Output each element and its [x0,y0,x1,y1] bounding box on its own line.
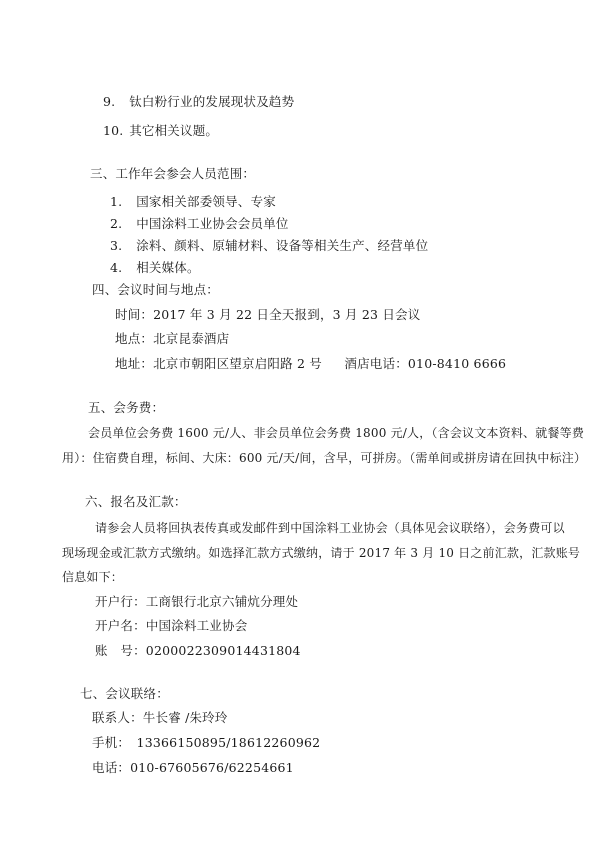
section3-heading: 三、工作年会参会人员范围： [90,166,255,182]
section7-heading: 七、会议联络： [80,686,169,702]
list-item-10: 10. 其它相关议题。 [103,123,218,139]
account-number: 账 号：0200022309014431804 [95,643,301,659]
meeting-address-row: 地址：北京市朝阳区望京启阳路 2 号 酒店电话：010-8410 6666 [115,356,506,372]
list-text: 国家相关部委领导、专家 [136,194,276,209]
registration-line-1: 请参会人员将回执表传真或发邮件到中国涂料工业协会（具体见会议联络），会务费可以 [95,520,565,536]
registration-line-3: 信息如下： [62,569,123,585]
list-number: 4. [110,260,132,276]
section3-item-4: 4. 相关媒体。 [110,260,200,276]
section5-heading: 五、会务费： [88,400,164,416]
list-text: 其它相关议题。 [129,123,218,138]
account-name: 开户名：中国涂料工业协会 [95,618,247,634]
list-number: 2. [110,216,132,232]
meeting-place: 地点：北京昆泰酒店 [115,331,229,347]
section3-item-1: 1. 国家相关部委领导、专家 [110,194,276,210]
list-item-9: 9. 钛白粉行业的发展现状及趋势 [103,94,294,110]
list-text: 涂料、颜料、原辅材料、设备等相关生产、经营单位 [136,238,428,253]
section3-item-2: 2. 中国涂料工业协会会员单位 [110,216,289,232]
meeting-address: 地址：北京市朝阳区望京启阳路 2 号 [115,356,322,371]
fee-line-1: 会员单位会务费 1600 元/人、非会员单位会务费 1800 元/人，（含会议文… [88,425,584,441]
fee-line-2: 用）：住宿费自理，标间、大床：600 元/天/间，含早，可拼房。（需单间或拼房请… [62,450,586,466]
contact-phone: 电话：010-67605676/62254661 [92,760,294,776]
list-text: 中国涂料工业协会会员单位 [136,216,288,231]
list-number: 10. [103,123,125,139]
list-number: 3. [110,238,132,254]
list-number: 1. [110,194,132,210]
list-text: 钛白粉行业的发展现状及趋势 [129,94,294,109]
contact-persons: 联系人：牛长睿 /朱玲玲 [92,710,228,726]
list-text: 相关媒体。 [136,260,200,275]
section4-heading: 四、会议时间与地点： [92,282,219,298]
section6-heading: 六、报名及汇款： [85,494,187,510]
hotel-phone: 酒店电话：010-8410 6666 [344,356,506,371]
registration-line-2: 现场现金或汇款方式缴纳。如选择汇款方式缴纳，请于 2017 年 3 月 10 日… [62,545,580,561]
contact-mobile: 手机： 13366150895/18612260962 [92,735,320,751]
section3-item-3: 3. 涂料、颜料、原辅材料、设备等相关生产、经营单位 [110,238,428,254]
meeting-time: 时间：2017 年 3 月 22 日全天报到，3 月 23 日会议 [115,307,420,323]
bank-name: 开户行：工商银行北京六铺炕分理处 [95,594,298,610]
list-number: 9. [103,94,125,110]
